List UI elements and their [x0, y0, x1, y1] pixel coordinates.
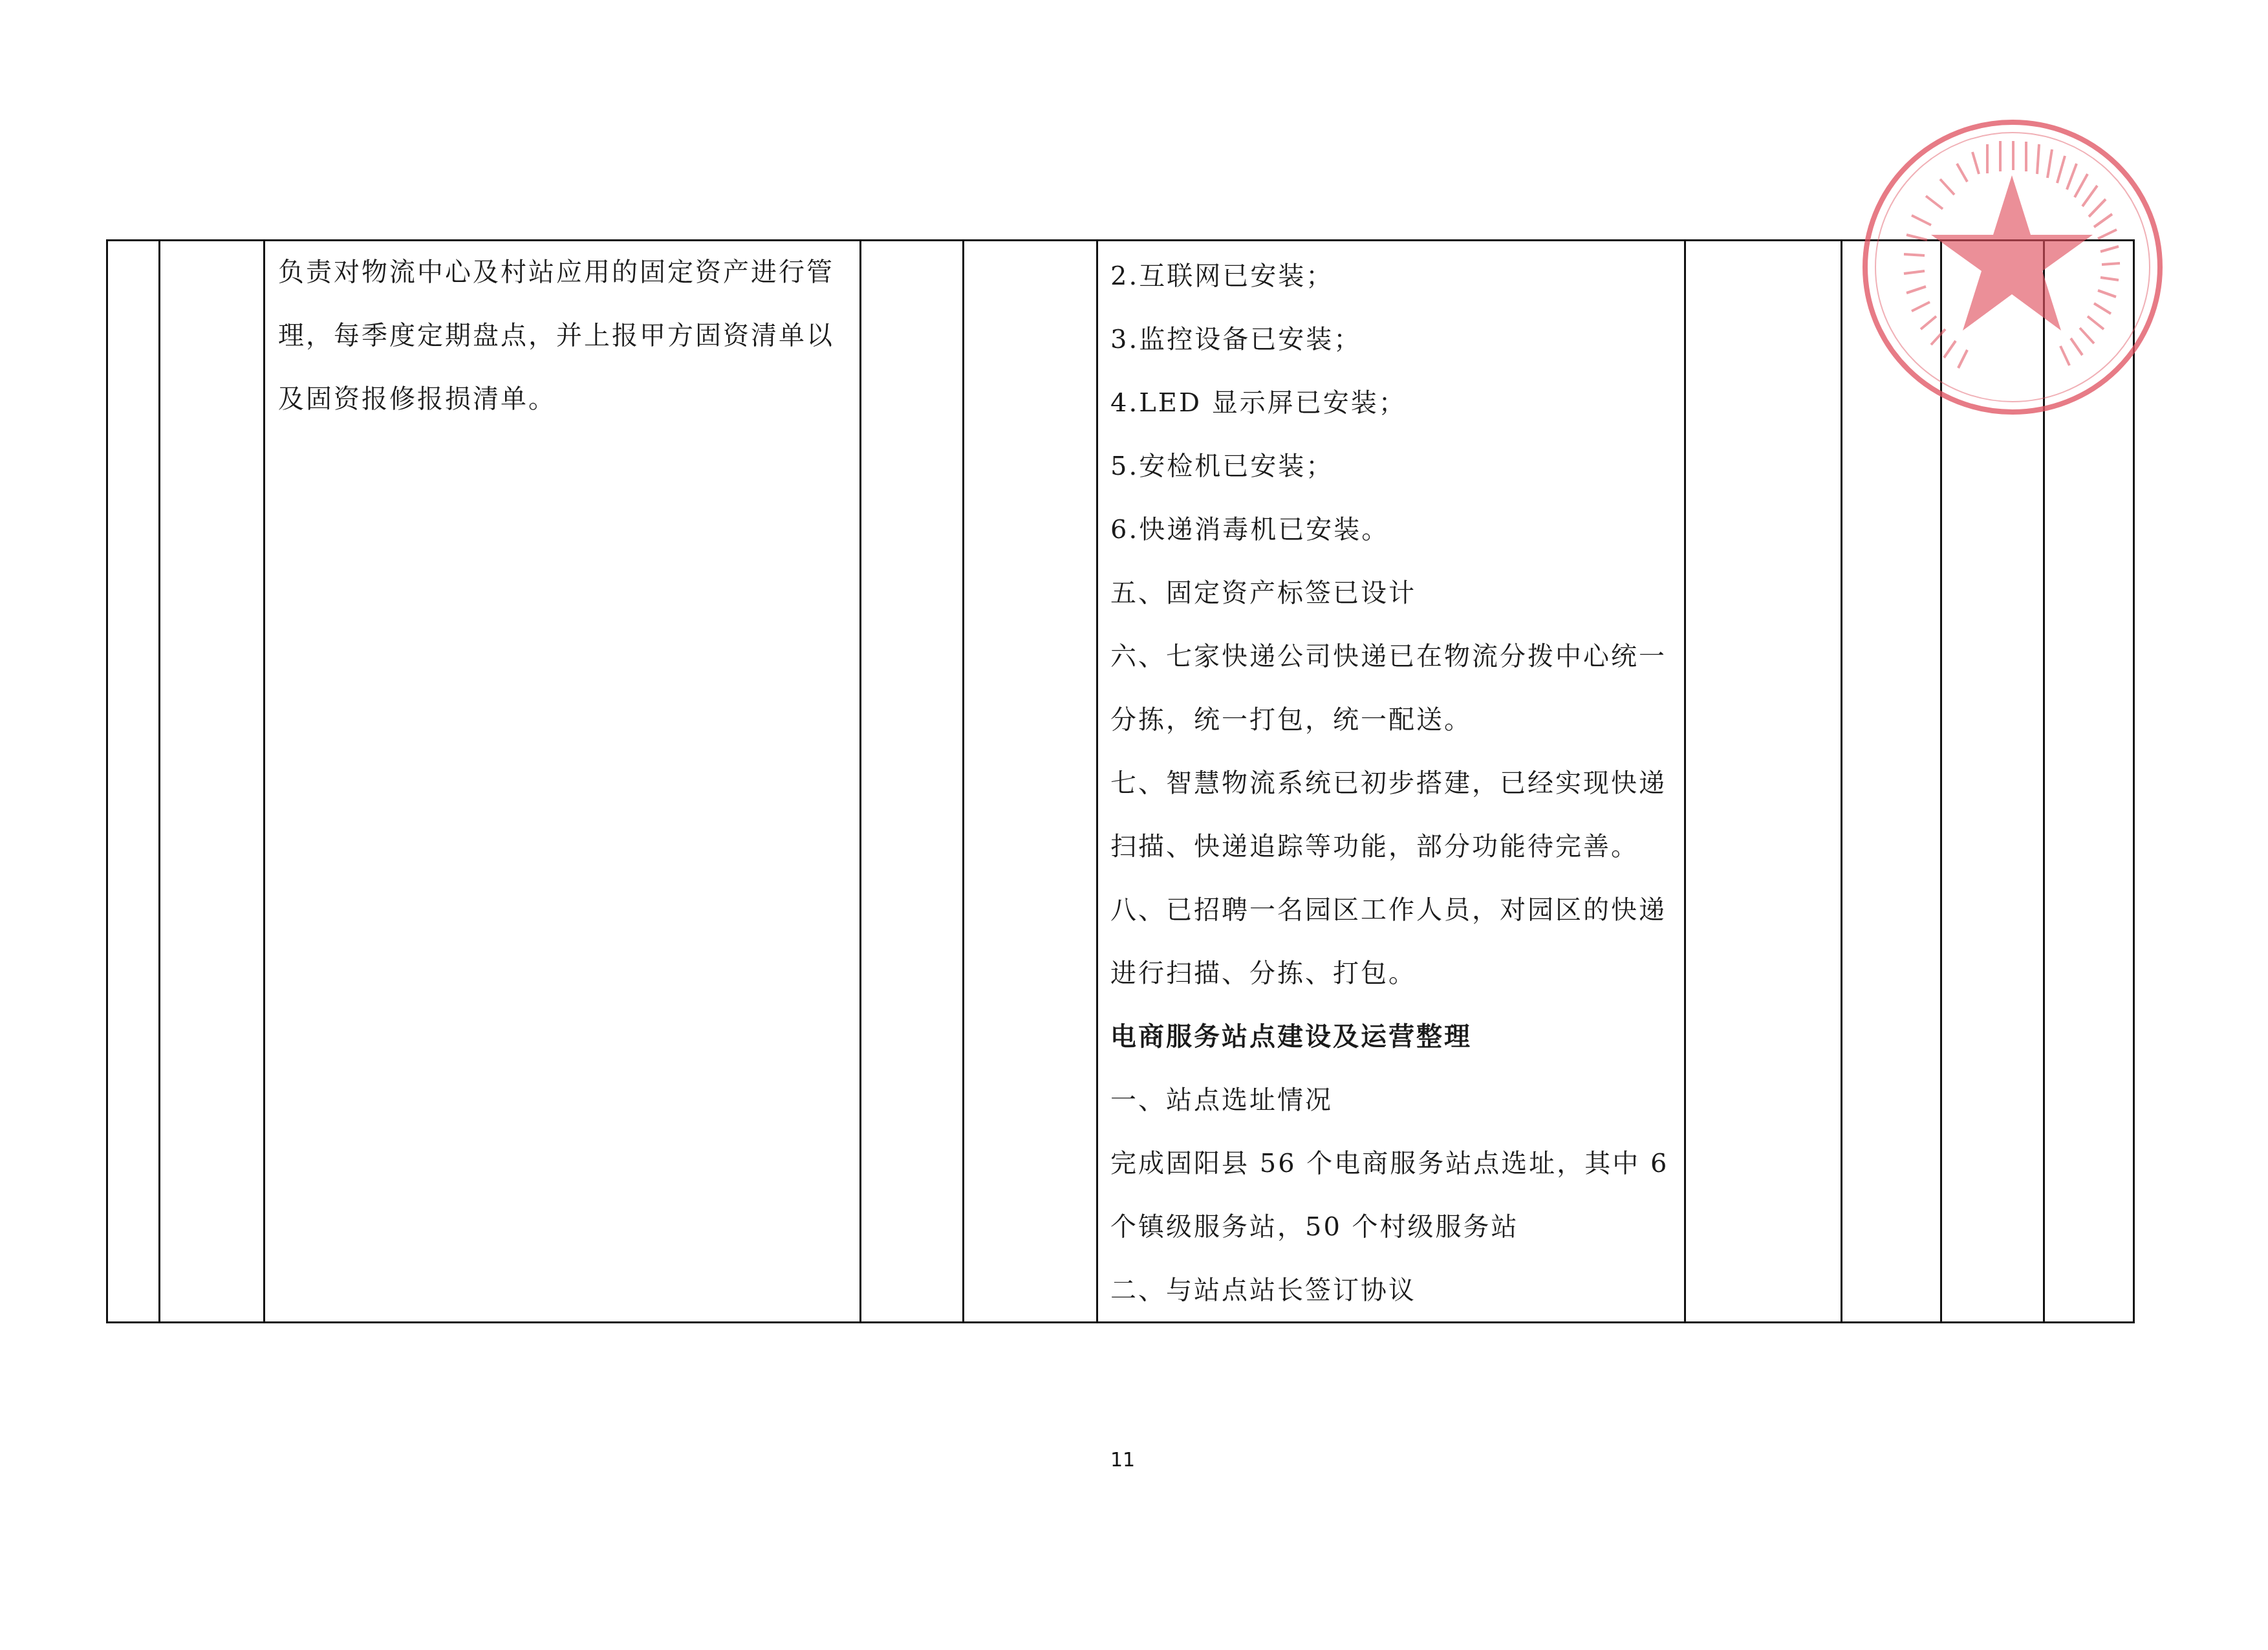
progress-cell: 2.互联网已安装； 3.监控设备已安装； 4.LED 显示屏已安装； 5.安检机…: [1110, 244, 1669, 1322]
section-heading: 电商服务站点建设及运营整理: [1110, 1005, 1669, 1069]
column-divider: [158, 241, 160, 1321]
text-line: 六、七家快递公司快递已在物流分拨中心统一: [1110, 625, 1669, 688]
text-line: 理，每季度定期盘点，并上报甲方固资清单以: [278, 304, 834, 367]
text-line: 5.安检机已安装；: [1110, 435, 1669, 498]
text-line: 进行扫描、分拣、打包。: [1110, 942, 1669, 1005]
page-number: 11: [1107, 1449, 1138, 1471]
responsibility-cell: 负责对物流中心及村站应用的固定资产进行管 理，每季度定期盘点，并上报甲方固资清单…: [278, 241, 834, 431]
column-divider: [1096, 241, 1098, 1321]
text-line: 五、固定资产标签已设计: [1110, 561, 1669, 625]
text-line: 二、与站点站长签订协议: [1110, 1259, 1669, 1322]
text-line: 分拣，统一打包，统一配送。: [1110, 688, 1669, 752]
column-divider: [859, 241, 861, 1321]
column-divider: [263, 241, 265, 1321]
text-line: 完成固阳县 56 个电商服务站点选址，其中 6: [1110, 1132, 1669, 1195]
document-page: 负责对物流中心及村站应用的固定资产进行管 理，每季度定期盘点，并上报甲方固资清单…: [0, 0, 2268, 1650]
text-line: 扫描、快递追踪等功能，部分功能待完善。: [1110, 815, 1669, 878]
text-line: 3.监控设备已安装；: [1110, 308, 1669, 371]
text-line: 七、智慧物流系统已初步搭建，已经实现快递: [1110, 752, 1669, 815]
text-line: 6.快递消毒机已安装。: [1110, 498, 1669, 561]
text-line: 一、站点选址情况: [1110, 1069, 1669, 1132]
column-divider: [1684, 241, 1686, 1321]
text-line: 4.LED 显示屏已安装；: [1110, 371, 1669, 435]
column-divider: [962, 241, 964, 1321]
column-divider: [1841, 241, 1842, 1321]
red-seal-icon: [1861, 118, 2164, 416]
text-line: 及固资报修报损清单。: [278, 367, 834, 431]
text-line: 个镇级服务站，50 个村级服务站: [1110, 1195, 1669, 1259]
text-line: 八、已招聘一名园区工作人员，对园区的快递: [1110, 878, 1669, 942]
text-line: 2.互联网已安装；: [1110, 244, 1669, 308]
text-line: 负责对物流中心及村站应用的固定资产进行管: [278, 241, 834, 304]
